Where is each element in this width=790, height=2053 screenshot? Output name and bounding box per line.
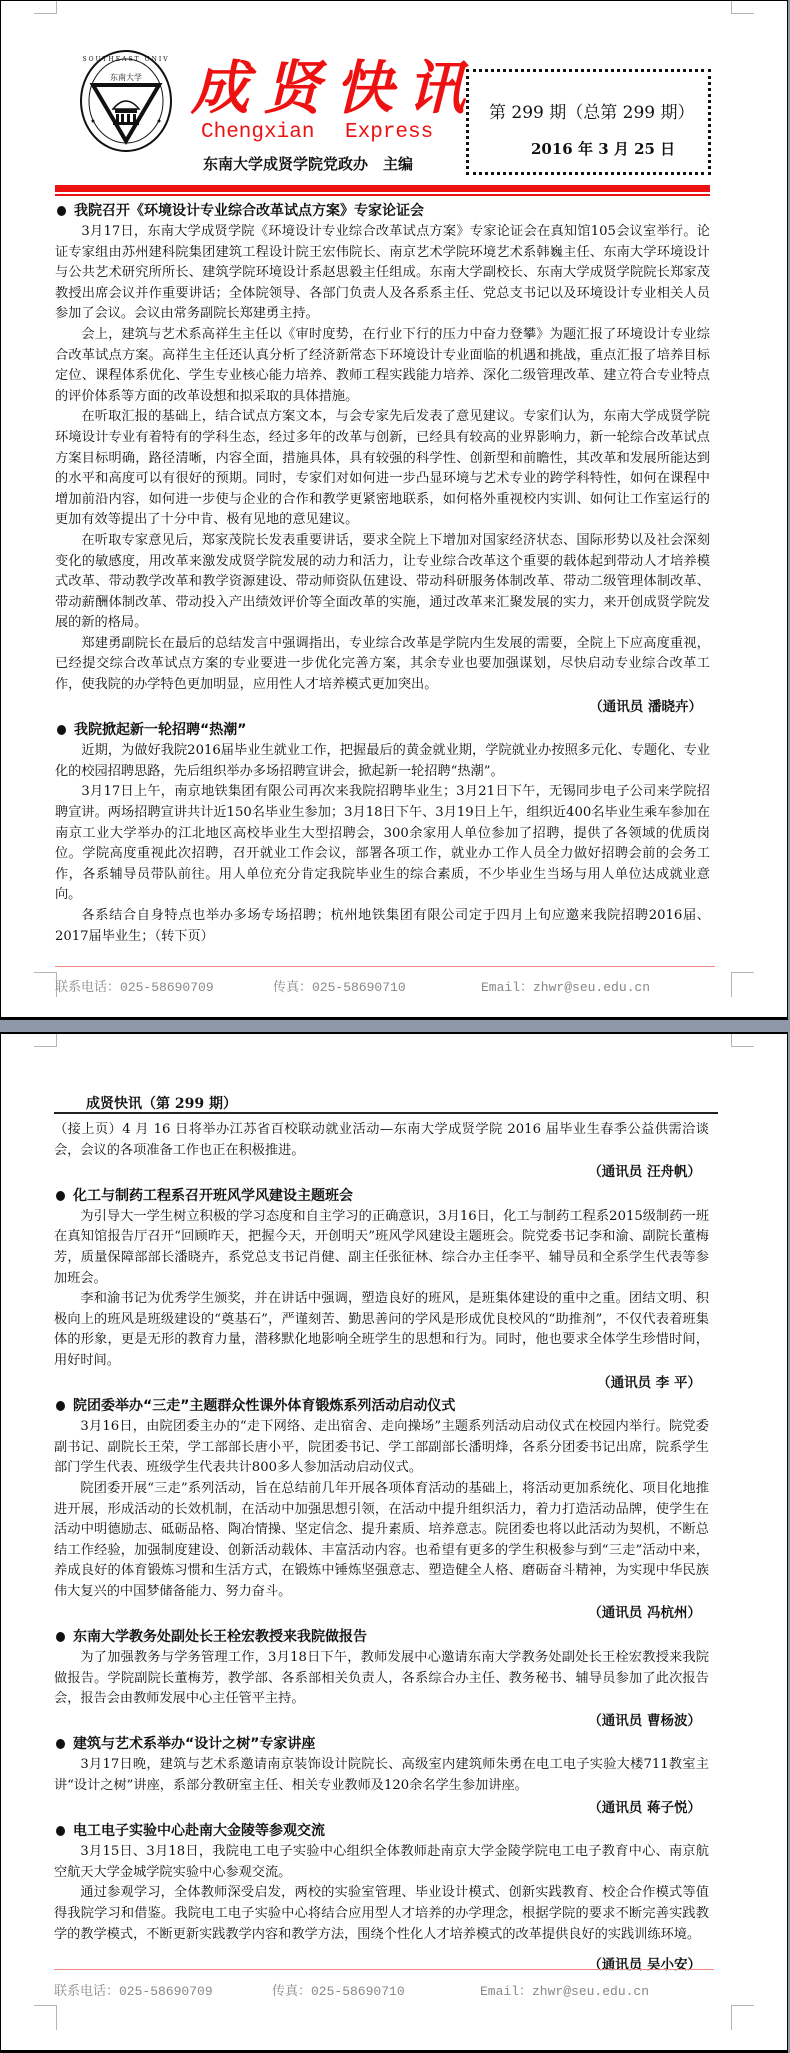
footer-phone: 联系电话：025-58690709 xyxy=(54,1980,272,1999)
article-paragraph: 院团委开展“三走”系列活动，旨在总结前几年开展各项体育活动的基础上，将活动更加系… xyxy=(54,1479,709,1603)
bullet-icon xyxy=(56,1401,65,1411)
article-paragraph: （接上页）4 月 16 日将举办江苏省百校联动就业活动—东南大学成贤学院 201… xyxy=(54,1120,709,1161)
article: 化工与制药工程系召开班风学风建设主题班会 为引导大一学生树立积极的学习态度和自主… xyxy=(54,1185,709,1393)
bullet-icon xyxy=(56,1632,65,1642)
article-byline: （通讯员 汪舟帆） xyxy=(54,1162,701,1183)
article-paragraph: 在听取汇报的基础上，结合试点方案文本，与会专家先后发表了意见建议。专家们认为，东… xyxy=(55,407,710,531)
article-title: 电工电子实验中心赴南大金陵等参观交流 xyxy=(54,1820,709,1842)
footer-email: Email：zhwr@seu.edu.cn xyxy=(481,976,650,995)
crop-mark xyxy=(731,2005,754,2030)
article-title: 我院掀起新一轮招聘“热潮” xyxy=(55,719,710,741)
footer-fax: 传真：025-58690710 xyxy=(273,976,481,995)
article-continued: （接上页）4 月 16 日将举办江苏省百校联动就业活动—东南大学成贤学院 201… xyxy=(54,1120,709,1183)
article-paragraph: 3月17日晚，建筑与艺术系邀请南京装饰设计院院长、高级室内建筑师朱勇在电工电子实… xyxy=(54,1755,709,1796)
article: 院团委举办“三走”主题群众性课外体育锻炼系列活动启动仪式 3月16日，由院团委主… xyxy=(54,1395,709,1624)
university-seal-logo: 东南大学 SOUTHEAST UNIV xyxy=(79,49,173,153)
article-byline: （通讯员 蒋子悦） xyxy=(54,1798,701,1819)
article-paragraph: 3月15日、3月18日，我院电工电子实验中心组织全体教师赴南京大学金陵学院电工电… xyxy=(54,1842,709,1883)
crop-mark xyxy=(34,2005,57,2030)
article-title: 我院召开《环境设计专业综合改革试点方案》专家论证会 xyxy=(55,200,710,222)
newsletter-title-english: Chengxian Express xyxy=(201,121,433,144)
page-1: 东南大学 SOUTHEAST UNIV 成贤快讯 Chengxian Expre… xyxy=(0,0,788,1020)
article-title: 东南大学教务处副处长王栓宏教授来我院做报告 xyxy=(54,1626,709,1648)
article: 我院召开《环境设计专业综合改革试点方案》专家论证会 3月17日，东南大学成贤学院… xyxy=(55,200,710,717)
article-paragraph: 3月16日，由院团委主办的“走下网络、走出宿舍、走向操场”主题系列活动启动仪式在… xyxy=(54,1417,709,1479)
article-paragraph: 在听取专家意见后，郑家茂院长发表重要讲话，要求全院上下增加对国家经济状态、国际形… xyxy=(55,531,710,634)
page2-content: （接上页）4 月 16 日将举办江苏省百校联动就业活动—东南大学成贤学院 201… xyxy=(54,1120,709,1978)
article-paragraph: 各系结合自身特点也举办多场专场招聘；杭州地铁集团有限公司定于四月上旬应邀来我院招… xyxy=(55,906,710,947)
article: 东南大学教务处副处长王栓宏教授来我院做报告 为了加强教务与学务管理工作，3月18… xyxy=(54,1626,709,1731)
running-header-rule xyxy=(54,1112,718,1114)
header-rule-thick xyxy=(55,185,710,192)
footer-rule xyxy=(55,966,715,967)
footer-contact: 联系电话：025-58690709 传真：025-58690710 Email：… xyxy=(55,976,650,995)
article-title: 建筑与艺术系举办“设计之树”专家讲座 xyxy=(54,1733,709,1755)
article-title: 化工与制药工程系召开班风学风建设主题班会 xyxy=(54,1185,709,1207)
article-paragraph: 会上，建筑与艺术系高祥生主任以《审时度势，在行业下行的压力中奋力登攀》为题汇报了… xyxy=(55,325,710,407)
article-byline: （通讯员 吴小安） xyxy=(54,1955,701,1976)
footer-rule xyxy=(54,1969,714,1970)
bullet-icon xyxy=(56,1739,65,1749)
crop-mark xyxy=(34,1,57,14)
article-title: 院团委举办“三走”主题群众性课外体育锻炼系列活动启动仪式 xyxy=(54,1395,709,1417)
bullet-icon xyxy=(57,206,66,216)
crop-mark xyxy=(34,972,57,997)
article-paragraph: 通过参观学习，全体教师深受启发，两校的实验室管理、毕业设计模式、创新实践教育、校… xyxy=(54,1883,709,1945)
running-header: 成贤快讯（第 299 期） xyxy=(86,1093,237,1113)
issue-box: 第 299 期（总第 299 期） 2016 年 3 月 25 日 xyxy=(466,69,711,175)
article-byline: （通讯员 曹杨波） xyxy=(54,1711,701,1732)
crop-mark xyxy=(731,1034,754,1047)
article: 电工电子实验中心赴南大金陵等参观交流 3月15日、3月18日，我院电工电子实验中… xyxy=(54,1820,709,1976)
issue-number: 第 299 期（总第 299 期） xyxy=(489,98,695,123)
article-byline: （通讯员 潘晓卉） xyxy=(55,697,702,718)
bullet-icon xyxy=(57,725,66,735)
article-paragraph: 李和渝书记为优秀学生颁奖，并在讲话中强调，塑造良好的班风，是班集体建设的重中之重… xyxy=(54,1289,709,1371)
article-paragraph: 3月17日，东南大学成贤学院《环境设计专业综合改革试点方案》专家论证会在真知馆1… xyxy=(55,222,710,325)
bullet-icon xyxy=(56,1826,65,1836)
svg-text:SOUTHEAST UNIV: SOUTHEAST UNIV xyxy=(82,56,169,63)
header-rule-thin xyxy=(55,194,710,196)
page1-content: 我院召开《环境设计专业综合改革试点方案》专家论证会 3月17日，东南大学成贤学院… xyxy=(55,200,710,947)
footer-fax: 传真：025-58690710 xyxy=(272,1980,480,1999)
article-paragraph: 郑建勇副院长在最后的总结发言中强调指出，专业综合改革是学院内生发展的需要，全院上… xyxy=(55,634,710,696)
crop-mark xyxy=(731,1,754,14)
article-paragraph: 近期，为做好我院2016届毕业生就业工作，把握最后的黄金就业期，学院就业办按照多… xyxy=(55,741,710,782)
footer-email: Email：zhwr@seu.edu.cn xyxy=(480,1980,649,1999)
newsletter-title: 成贤快讯 xyxy=(191,53,479,123)
article-paragraph: 为了加强教务与学务管理工作，3月18日下午，教师发展中心邀请东南大学教务处副处长… xyxy=(54,1648,709,1710)
article-byline: （通讯员 李 平） xyxy=(54,1373,701,1394)
article-paragraph: 3月17日上午，南京地铁集团有限公司再次来我院招聘毕业生；3月21日下午，无锡同… xyxy=(55,782,710,906)
article-paragraph: 为引导大一学生树立积极的学习态度和自主学习的正确意识，3月16日，化工与制药工程… xyxy=(54,1207,709,1289)
article: 我院掀起新一轮招聘“热潮” 近期，为做好我院2016届毕业生就业工作，把握最后的… xyxy=(55,719,710,947)
footer-phone: 联系电话：025-58690709 xyxy=(55,976,273,995)
article: 建筑与艺术系举办“设计之树”专家讲座 3月17日晚，建筑与艺术系邀请南京装饰设计… xyxy=(54,1733,709,1818)
bullet-icon xyxy=(56,1191,65,1201)
svg-text:东南大学: 东南大学 xyxy=(110,72,142,82)
footer-contact: 联系电话：025-58690709 传真：025-58690710 Email：… xyxy=(54,1980,649,1999)
issue-date: 2016 年 3 月 25 日 xyxy=(531,138,675,159)
editor-credit: 东南大学成贤学院党政办 主编 xyxy=(203,153,413,174)
crop-mark xyxy=(34,1034,57,1047)
crop-mark xyxy=(731,972,754,997)
article-byline: （通讯员 冯杭州） xyxy=(54,1603,701,1624)
